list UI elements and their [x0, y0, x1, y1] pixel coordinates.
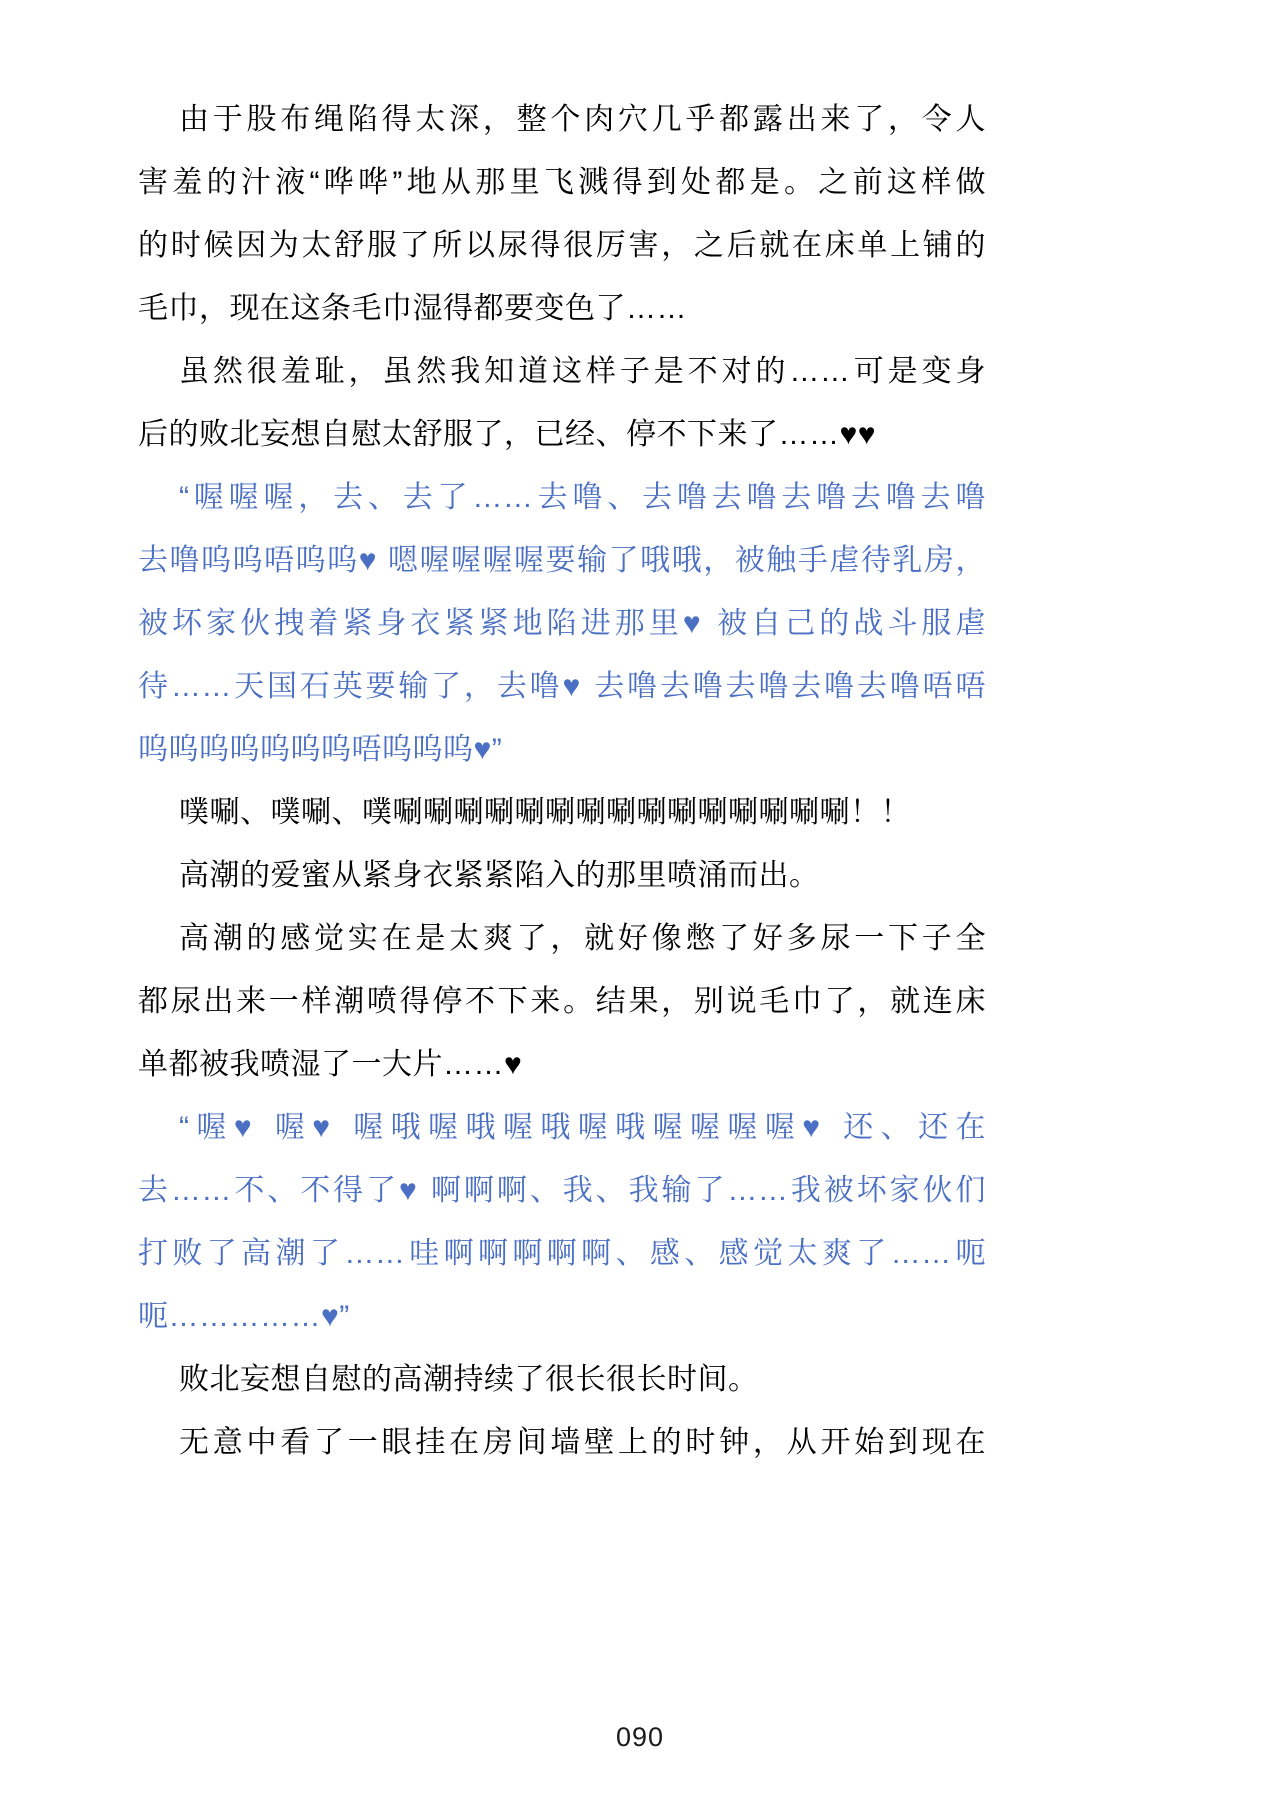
- document-page: 由于股布绳陷得太深，整个肉穴几乎都露出来了，令人 害羞的汁液“哗哗”地从那里飞溅…: [0, 0, 1280, 1807]
- paragraph-narration-1: 由于股布绳陷得太深，整个肉穴几乎都露出来了，令人 害羞的汁液“哗哗”地从那里飞溅…: [138, 88, 986, 340]
- text-line: 无意中看了一眼挂在房间墙壁上的时钟，从开始到现在: [138, 1411, 986, 1474]
- text-line: 后的败北妄想自慰太舒服了，已经、停不下来了……♥♥: [138, 403, 986, 466]
- text-line: 由于股布绳陷得太深，整个肉穴几乎都露出来了，令人: [138, 88, 986, 151]
- text-line: 呃……………♥”: [138, 1285, 986, 1348]
- paragraph-narration-6: 败北妄想自慰的高潮持续了很长很长时间。: [138, 1348, 986, 1411]
- text-block: 由于股布绳陷得太深，整个肉穴几乎都露出来了，令人 害羞的汁液“哗哗”地从那里飞溅…: [138, 88, 986, 1474]
- paragraph-dialogue-2: “喔♥ 喔♥ 喔哦喔哦喔哦喔哦喔喔喔喔♥ 还、还在 去……不、不得了♥ 啊啊啊、…: [138, 1096, 986, 1348]
- paragraph-narration-7: 无意中看了一眼挂在房间墙壁上的时钟，从开始到现在: [138, 1411, 986, 1474]
- text-line: 噗唰、噗唰、噗唰唰唰唰唰唰唰唰唰唰唰唰唰唰唰！！: [138, 781, 986, 844]
- page-number: 090: [0, 1722, 1280, 1753]
- text-line: 被坏家伙拽着紧身衣紧紧地陷进那里♥ 被自己的战斗服虐: [138, 592, 986, 655]
- paragraph-dialogue-1: “喔喔喔，去、去了……去噜、去噜去噜去噜去噜去噜 去噜呜呜唔呜呜♥ 嗯喔喔喔喔要…: [138, 466, 986, 781]
- paragraph-narration-2: 虽然很羞耻，虽然我知道这样子是不对的……可是变身 后的败北妄想自慰太舒服了，已经…: [138, 340, 986, 466]
- text-line: 待……天国石英要输了，去噜♥ 去噜去噜去噜去噜去噜唔唔: [138, 655, 986, 718]
- text-line: 去……不、不得了♥ 啊啊啊、我、我输了……我被坏家伙们: [138, 1159, 986, 1222]
- text-line: 打败了高潮了……哇啊啊啊啊啊、感、感觉太爽了……呃: [138, 1222, 986, 1285]
- text-line: 害羞的汁液“哗哗”地从那里飞溅得到处都是。之前这样做: [138, 151, 986, 214]
- text-line: 去噜呜呜唔呜呜♥ 嗯喔喔喔喔要输了哦哦，被触手虐待乳房，: [138, 529, 986, 592]
- paragraph-narration-3: 噗唰、噗唰、噗唰唰唰唰唰唰唰唰唰唰唰唰唰唰唰！！: [138, 781, 986, 844]
- text-line: 高潮的爱蜜从紧身衣紧紧陷入的那里喷涌而出。: [138, 844, 986, 907]
- text-line: 都尿出来一样潮喷得停不下来。结果，别说毛巾了，就连床: [138, 970, 986, 1033]
- text-line: 败北妄想自慰的高潮持续了很长很长时间。: [138, 1348, 986, 1411]
- text-line: “喔♥ 喔♥ 喔哦喔哦喔哦喔哦喔喔喔喔♥ 还、还在: [138, 1096, 986, 1159]
- text-line: 的时候因为太舒服了所以尿得很厉害，之后就在床单上铺的: [138, 214, 986, 277]
- text-line: 呜呜呜呜呜呜呜唔呜呜呜♥”: [138, 718, 986, 781]
- text-line: 毛巾，现在这条毛巾湿得都要变色了……: [138, 277, 986, 340]
- paragraph-narration-5: 高潮的感觉实在是太爽了，就好像憋了好多尿一下子全 都尿出来一样潮喷得停不下来。结…: [138, 907, 986, 1096]
- text-line: 高潮的感觉实在是太爽了，就好像憋了好多尿一下子全: [138, 907, 986, 970]
- text-line: “喔喔喔，去、去了……去噜、去噜去噜去噜去噜去噜: [138, 466, 986, 529]
- text-line: 虽然很羞耻，虽然我知道这样子是不对的……可是变身: [138, 340, 986, 403]
- paragraph-narration-4: 高潮的爱蜜从紧身衣紧紧陷入的那里喷涌而出。: [138, 844, 986, 907]
- text-line: 单都被我喷湿了一大片……♥: [138, 1033, 986, 1096]
